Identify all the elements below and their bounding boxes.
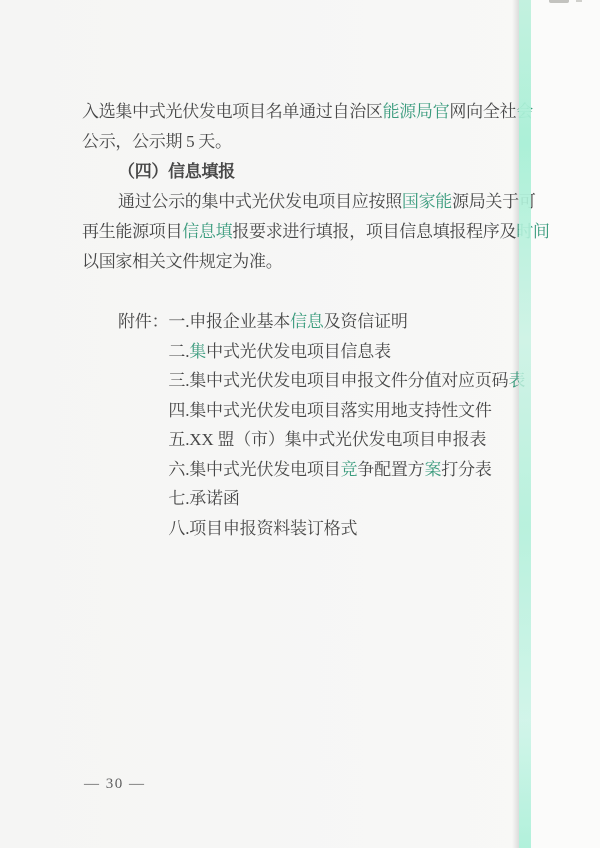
document-body: 入选集中式光伏发电项目名单通过自治区能源局官网向全社会公示，公示期 5 天。（四…: [82, 97, 547, 277]
scan-strip-artifact: [519, 0, 531, 848]
text-segment: 案: [424, 460, 441, 479]
attachment-item: 七.承诺函: [168, 484, 525, 514]
attachments-label: 附件：: [118, 307, 168, 337]
text-segment: 集: [189, 342, 206, 361]
text-segment: 二.: [168, 342, 189, 361]
scan-top-artifact-small: [576, 0, 582, 2]
attachment-item: 二.集中式光伏发电项目信息表: [168, 337, 525, 367]
attachment-item: 一.申报企业基本信息及资信证明: [168, 307, 525, 337]
text-segment: 网向全社: [449, 102, 516, 121]
text-segment: 六.集中式光伏发电项目: [168, 460, 340, 479]
paragraph-line: 入选集中式光伏发电项目名单通过自治区能源局官网向全社会: [82, 97, 547, 127]
attachment-item: 四.集中式光伏发电项目落实用地支持性文件: [168, 396, 525, 426]
text-segment: 八.项目申报资料装订格式: [168, 519, 357, 538]
paragraph-line: 公示，公示期 5 天。: [82, 127, 547, 157]
scan-top-artifact: [549, 0, 569, 3]
text-segment: 再生能源项目: [82, 222, 182, 241]
text-segment: 四.集中式光伏发电项目落实用地支持性文件: [168, 401, 491, 420]
paragraph-line: 通过公示的集中式光伏发电项目应按照国家能源局关于可: [82, 187, 547, 217]
text-segment: 七.承诺函: [168, 489, 239, 508]
text-segment: （四）信息填报: [118, 162, 235, 181]
text-segment: 入选集中式光伏发电项目名单通过自治区: [82, 102, 383, 121]
attachments-list: 一.申报企业基本信息及资信证明二.集中式光伏发电项目信息表三.集中式光伏发电项目…: [168, 307, 525, 543]
attachment-item: 六.集中式光伏发电项目竞争配置方案打分表: [168, 455, 525, 485]
text-segment: 信息填: [182, 222, 232, 241]
text-segment: 争配置方: [357, 460, 424, 479]
section-heading: （四）信息填报: [82, 157, 547, 187]
text-segment: 报要求进行填报，项目信息填报程序及: [232, 222, 516, 241]
attachment-item: 五.XX 盟（市）集中式光伏发电项目申报表: [168, 425, 525, 455]
attachment-item: 三.集中式光伏发电项目申报文件分值对应页码表: [168, 366, 525, 396]
text-segment: 一.申报企业基本: [168, 312, 290, 331]
text-segment: 竞: [340, 460, 357, 479]
text-segment: 打分表: [441, 460, 491, 479]
text-segment: 国家能: [402, 192, 452, 211]
text-segment: 通过公示的集中式光伏发电项目应按照: [118, 192, 402, 211]
text-segment: 能源局官: [383, 102, 450, 121]
text-segment: 三.集中式光伏发电项目申报文件分值对应页码: [168, 371, 508, 390]
text-segment: 及资信证明: [324, 312, 408, 331]
paragraph-line: 以国家相关文件规定为准。: [82, 247, 547, 277]
paragraph-line: 再生能源项目信息填报要求进行填报，项目信息填报程序及时间: [82, 217, 547, 247]
page-number: — 30 —: [84, 776, 146, 793]
text-segment: 五.XX 盟（市）集中式光伏发电项目申报表: [168, 430, 486, 449]
text-segment: 信息: [290, 312, 324, 331]
text-segment: 中式光伏发电项目信息表: [206, 342, 391, 361]
text-segment: 以国家相关文件规定为准。: [82, 252, 282, 271]
attachments-block: 附件： 一.申报企业基本信息及资信证明二.集中式光伏发电项目信息表三.集中式光伏…: [118, 307, 525, 543]
attachment-item: 八.项目申报资料装订格式: [168, 514, 525, 544]
scanned-document-page: 入选集中式光伏发电项目名单通过自治区能源局官网向全社会公示，公示期 5 天。（四…: [0, 0, 600, 848]
text-segment: 公示，公示期 5 天。: [82, 132, 232, 151]
